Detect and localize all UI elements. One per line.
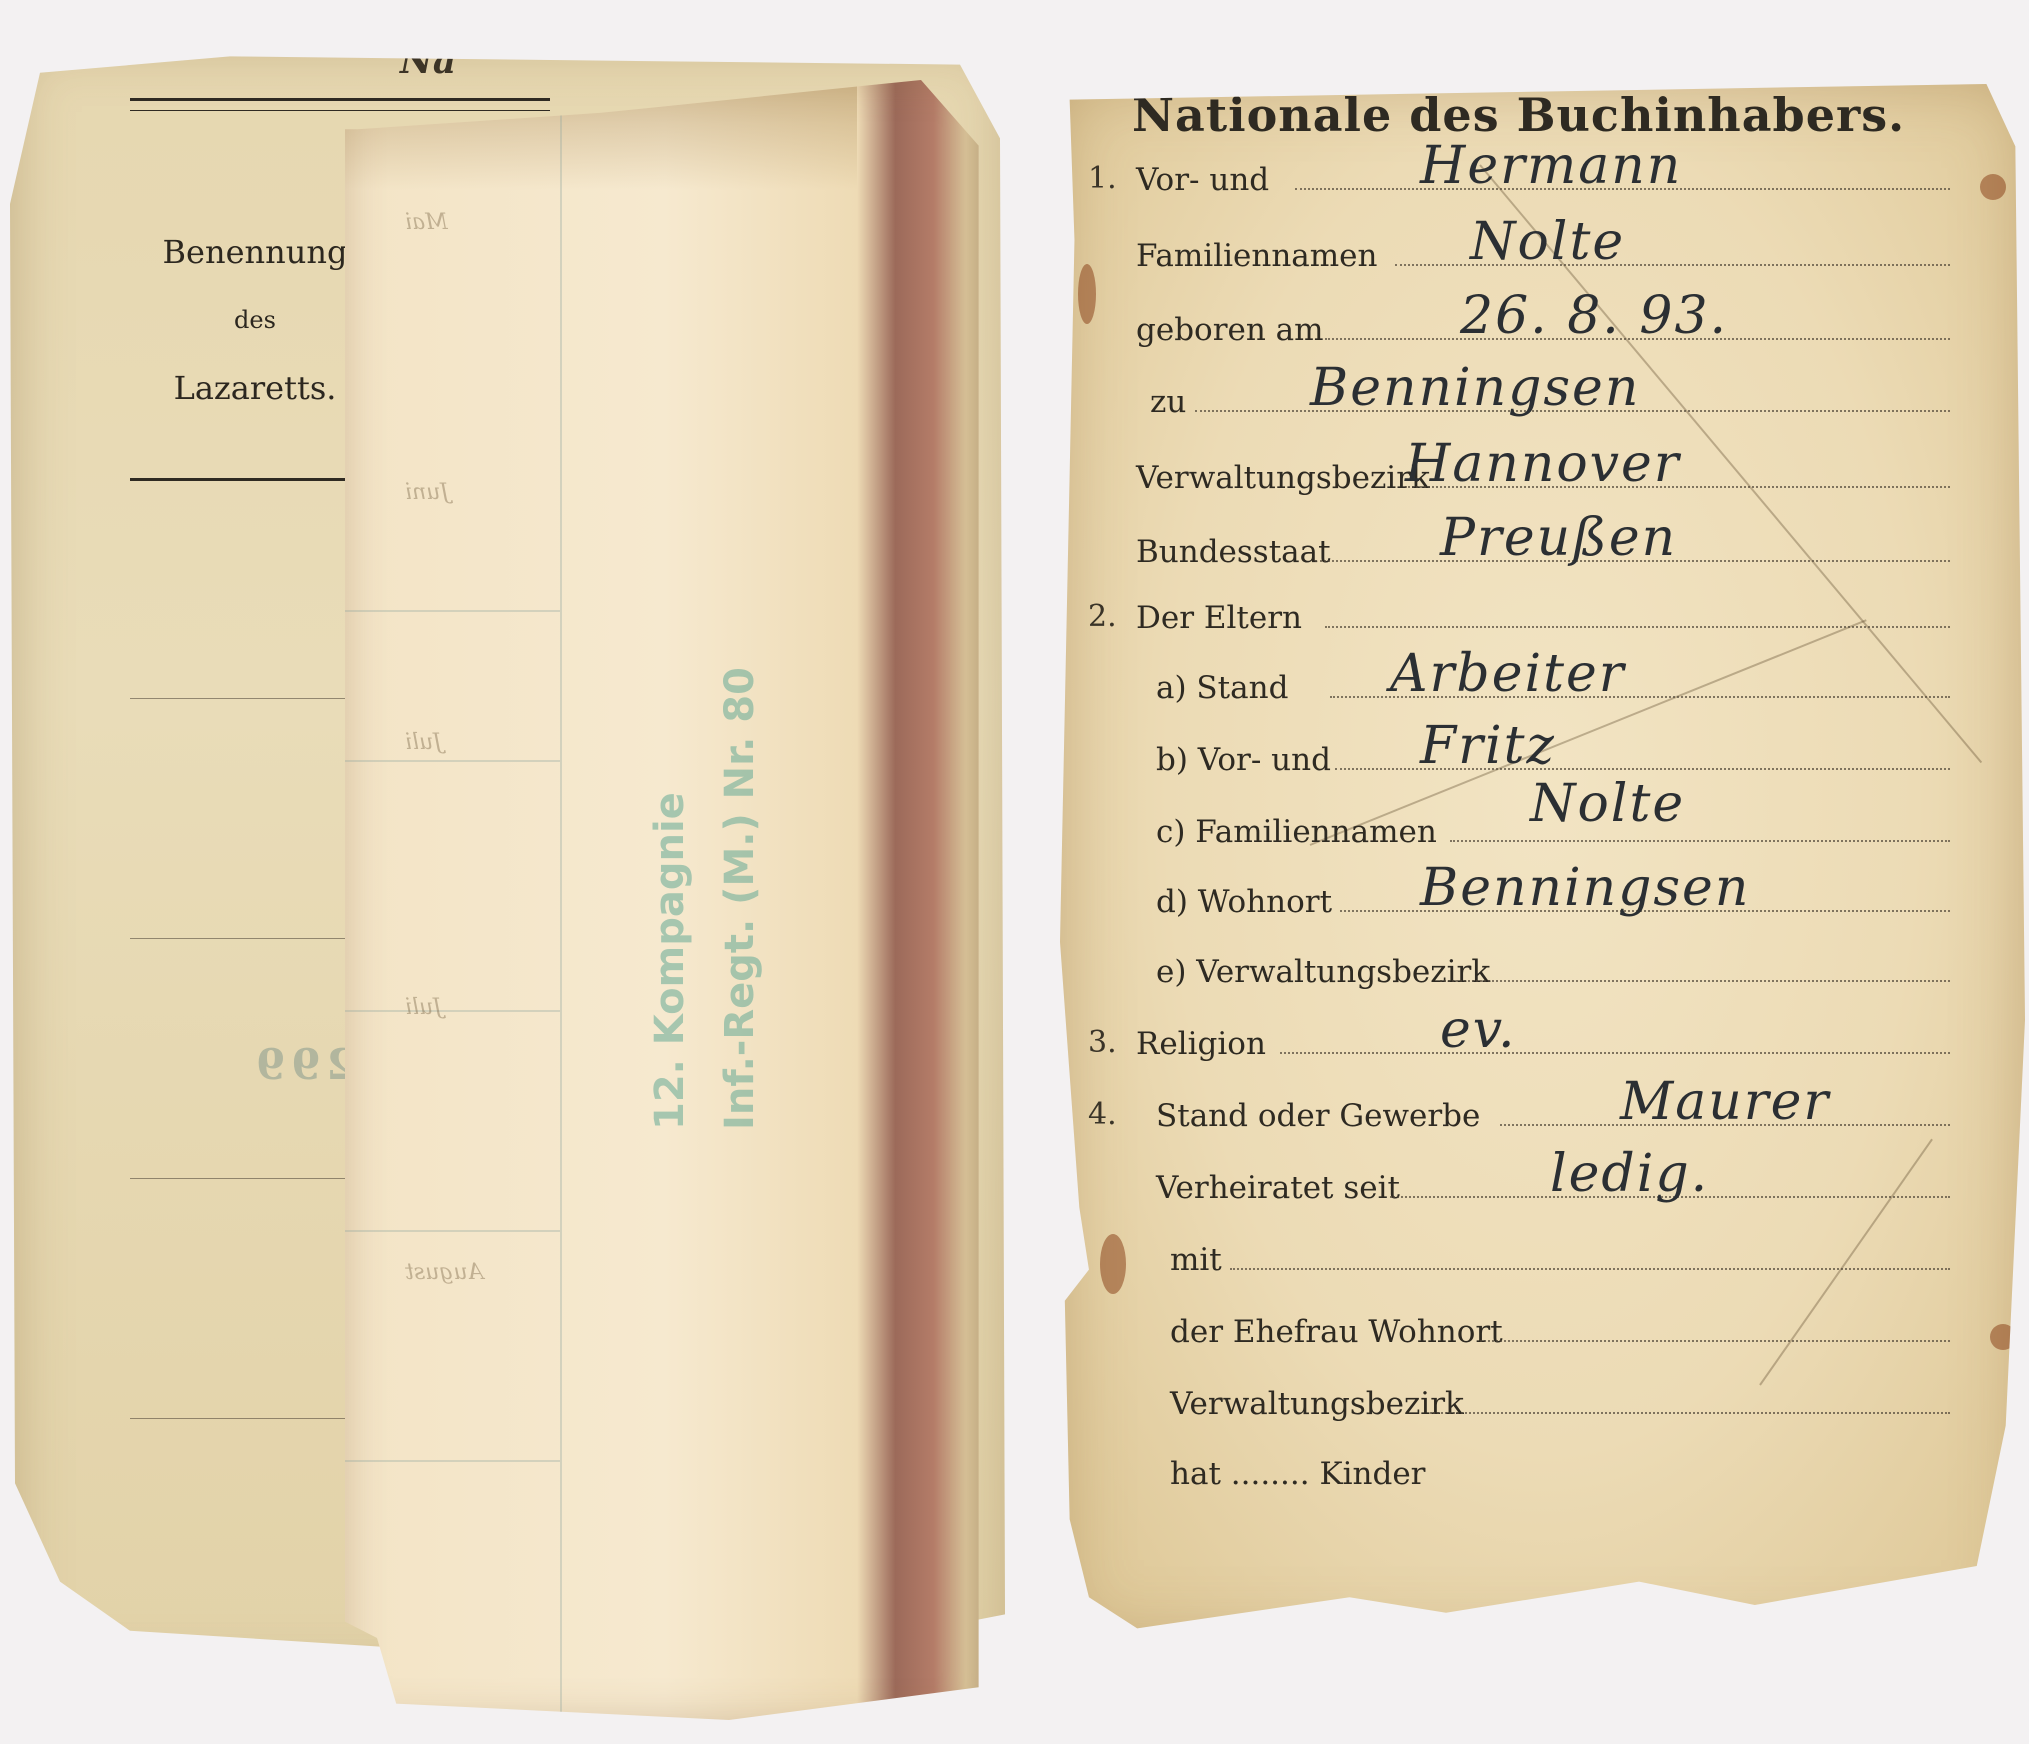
form-row-parents-heading: 2. Der Eltern xyxy=(1060,582,1960,642)
dotted-line xyxy=(1280,1052,1950,1054)
form-row-married-with: mit xyxy=(1060,1224,1960,1284)
dotted-line xyxy=(1480,1340,1950,1342)
form-row-district: Verwaltungsbezirk Hannover xyxy=(1060,442,1960,502)
handwritten-value: Maurer xyxy=(1620,1072,1830,1132)
row-number: 2. xyxy=(1088,599,1117,634)
page-title: Nationale des Buchinhabers. xyxy=(1132,88,1905,142)
field-label: Verwaltungsbezirk xyxy=(1170,1386,1464,1422)
row-number: 4. xyxy=(1088,1097,1117,1132)
green-regiment-stamp: 12. Kompagnie Inf.-Regt. (M.) Nr. 80 xyxy=(635,410,795,1130)
inner-folded-page: Mai Juni Juli Juli August 12. Kompagnie … xyxy=(345,80,985,1720)
bleed-through-label: August xyxy=(405,1260,483,1285)
form-row-federal-state: Bundesstaat Preußen xyxy=(1060,516,1960,576)
field-label: b) Vor- und xyxy=(1156,742,1331,778)
field-label: der Ehefrau Wohnort xyxy=(1170,1314,1503,1350)
bleed-through-label: Juli xyxy=(405,730,442,755)
field-label: Der Eltern xyxy=(1136,600,1302,636)
dotted-line xyxy=(1450,840,1950,842)
column-header-hospital-name: Benennung des Lazaretts. xyxy=(130,218,380,422)
handwritten-value: Arbeiter xyxy=(1390,644,1626,704)
handwritten-value: ev. xyxy=(1440,1000,1517,1060)
field-label: Verwaltungsbezirk xyxy=(1136,460,1430,496)
form-row-birth-date: geboren am 26. 8. 93. xyxy=(1060,294,1960,354)
field-label: mit xyxy=(1170,1242,1222,1278)
handwritten-value: ledig. xyxy=(1550,1144,1709,1204)
form-row-occupation: 4. Stand oder Gewerbe Maurer xyxy=(1060,1080,1960,1140)
header-line: Lazaretts. xyxy=(130,354,380,422)
field-label: c) Familiennamen xyxy=(1156,814,1437,850)
field-label: Bundesstaat xyxy=(1136,534,1331,570)
handwritten-value: Fritz xyxy=(1420,716,1556,776)
form-row-wife-residence: der Ehefrau Wohnort xyxy=(1060,1296,1960,1356)
faint-grid-line xyxy=(345,1460,560,1462)
header-line: Benennung xyxy=(130,218,380,286)
header-line: des xyxy=(130,286,380,354)
bleed-through-label: Mai xyxy=(405,210,448,235)
dotted-line xyxy=(1440,980,1950,982)
row-number: 3. xyxy=(1088,1025,1117,1060)
faint-grid-line xyxy=(345,1230,560,1232)
nationale-page: Nationale des Buchinhabers. 1. Vor- und … xyxy=(1060,84,2025,1644)
handwritten-value: Benningsen xyxy=(1310,358,1640,418)
field-label: e) Verwaltungsbezirk xyxy=(1156,954,1490,990)
field-label: zu xyxy=(1150,384,1186,420)
rust-stain xyxy=(1980,174,2006,200)
field-label: d) Wohnort xyxy=(1156,884,1332,920)
faint-grid-line xyxy=(560,80,562,1720)
form-row-birthplace: zu Benningsen xyxy=(1060,366,1960,426)
handwritten-value: Hannover xyxy=(1405,434,1681,494)
field-label: Familiennamen xyxy=(1136,238,1378,274)
handwritten-value: Benningsen xyxy=(1420,858,1750,918)
form-row-parents-residence: d) Wohnort Benningsen xyxy=(1060,866,1960,926)
bleed-through-label: Juli xyxy=(405,995,442,1020)
stamp-line: 12. Kompagnie xyxy=(635,410,705,1130)
field-label: Stand oder Gewerbe xyxy=(1156,1098,1480,1134)
table-top-rule-thin xyxy=(130,110,550,111)
form-row-parents-district: e) Verwaltungsbezirk xyxy=(1060,936,1960,996)
field-label: geboren am xyxy=(1136,312,1324,348)
form-row-first-name: 1. Vor- und Hermann xyxy=(1060,144,1960,204)
form-row-married-since: Verheiratet seit ledig. xyxy=(1060,1152,1960,1212)
field-label: a) Stand xyxy=(1156,670,1288,706)
field-label: Verheiratet seit xyxy=(1156,1170,1400,1206)
table-top-rule xyxy=(130,98,550,101)
field-label: Vor- und xyxy=(1136,162,1269,198)
dotted-line xyxy=(1430,1412,1950,1414)
form-row-parents-first-name: b) Vor- und Fritz xyxy=(1060,724,1960,784)
form-row-parents-family-name: c) Familiennamen Nolte xyxy=(1060,796,1960,856)
field-label: Religion xyxy=(1136,1026,1266,1062)
stamp-line: Inf.-Regt. (M.) Nr. 80 xyxy=(705,410,775,1130)
cut-off-title-fragment: Na xyxy=(400,40,456,82)
faint-grid-line xyxy=(345,1010,560,1012)
dotted-line xyxy=(1230,1268,1950,1270)
handwritten-value: Hermann xyxy=(1420,136,1682,196)
handwritten-value: 26. 8. 93. xyxy=(1460,286,1728,346)
handwritten-value: Nolte xyxy=(1470,212,1625,272)
handwritten-value: Preußen xyxy=(1440,508,1677,568)
form-row-family-name: Familiennamen Nolte xyxy=(1060,220,1960,280)
field-label: hat ........ Kinder xyxy=(1170,1456,1426,1492)
rust-stain xyxy=(1990,1324,2016,1350)
form-row-parents-occupation: a) Stand Arbeiter xyxy=(1060,652,1960,712)
faint-grid-line xyxy=(345,760,560,762)
dotted-line xyxy=(1325,626,1950,628)
handwritten-value: Nolte xyxy=(1530,774,1685,834)
bleed-through-label: Juni xyxy=(405,480,449,505)
form-row-wife-district: Verwaltungsbezirk xyxy=(1060,1368,1960,1428)
form-row-religion: 3. Religion ev. xyxy=(1060,1008,1960,1068)
faint-grid-line xyxy=(345,610,560,612)
form-row-children: hat ........ Kinder xyxy=(1060,1438,1960,1498)
row-number: 1. xyxy=(1088,161,1117,196)
